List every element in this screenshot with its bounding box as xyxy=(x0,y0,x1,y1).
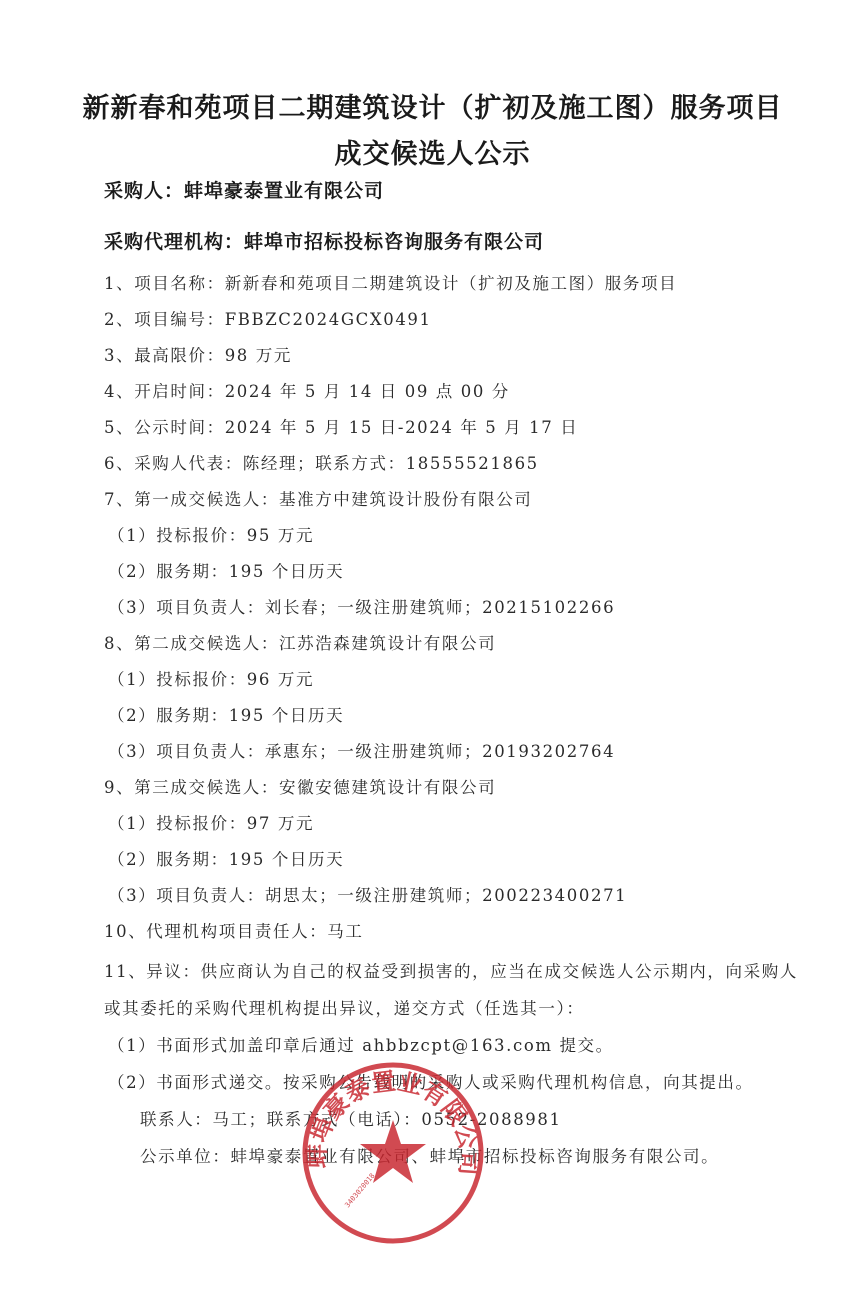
agent-responsible: 10、代理机构项目责任人：马工 xyxy=(104,918,364,942)
candidate-3-leader: （3）项目负责人：胡思太；一级注册建筑师；200223400271 xyxy=(108,882,627,906)
candidate-1-leader: （3）项目负责人：刘长春；一级注册建筑师；20215102266 xyxy=(108,594,615,618)
purchaser-line: 采购人：蚌埠豪泰置业有限公司 xyxy=(104,176,384,203)
item-project-name: 1、项目名称：新新春和苑项目二期建筑设计（扩初及施工图）服务项目 xyxy=(104,270,677,294)
item-publicity-time: 5、公示时间：2024 年 5 月 15 日-2024 年 5 月 17 日 xyxy=(104,414,578,438)
document-title: 新新春和苑项目二期建筑设计（扩初及施工图）服务项目 xyxy=(0,86,865,125)
agency-line: 采购代理机构：蚌埠市招标投标咨询服务有限公司 xyxy=(104,227,544,254)
objection-publisher: 公示单位：蚌埠豪泰置业有限公司、蚌埠市招标投标咨询服务有限公司。 xyxy=(140,1143,719,1167)
objection-method-written: （2）书面形式递交。按采购公告载明的采购人或采购代理机构信息，向其提出。 xyxy=(108,1069,754,1093)
objection-line-1: 11、异议：供应商认为自己的权益受到损害的，应当在成交候选人公示期内，向采购人 xyxy=(104,958,798,982)
svg-text:3403020018: 3403020018 xyxy=(343,1172,376,1209)
item-open-time: 4、开启时间：2024 年 5 月 14 日 09 点 00 分 xyxy=(104,378,510,402)
objection-line-2: 或其委托的采购代理机构提出异议，递交方式（任选其一）： xyxy=(104,995,584,1019)
candidate-3-bid: （1）投标报价：97 万元 xyxy=(108,810,314,834)
candidate-1-period: （2）服务期：195 个日历天 xyxy=(108,558,344,582)
objection-contact: 联系人：马工；联系方式（电话）：0552-2088981 xyxy=(140,1106,562,1130)
candidate-2-bid: （1）投标报价：96 万元 xyxy=(108,666,314,690)
candidate-1-bid: （1）投标报价：95 万元 xyxy=(108,522,314,546)
candidate-1-heading: 7、第一成交候选人：基准方中建筑设计股份有限公司 xyxy=(104,486,532,510)
candidate-2-heading: 8、第二成交候选人：江苏浩森建筑设计有限公司 xyxy=(104,630,496,654)
candidate-2-leader: （3）项目负责人：承惠东；一级注册建筑师；20193202764 xyxy=(108,738,615,762)
candidate-3-heading: 9、第三成交候选人：安徽安德建筑设计有限公司 xyxy=(104,774,496,798)
document-subtitle: 成交候选人公示 xyxy=(0,132,865,171)
item-max-price: 3、最高限价：98 万元 xyxy=(104,342,292,366)
item-purchaser-rep: 6、采购人代表：陈经理；联系方式：18555521865 xyxy=(104,450,539,474)
candidate-3-period: （2）服务期：195 个日历天 xyxy=(108,846,344,870)
candidate-2-period: （2）服务期：195 个日历天 xyxy=(108,702,344,726)
item-project-number: 2、项目编号：FBBZC2024GCX0491 xyxy=(104,306,432,330)
objection-method-email: （1）书面形式加盖印章后通过 ahbbzcpt@163.com 提交。 xyxy=(108,1032,614,1056)
